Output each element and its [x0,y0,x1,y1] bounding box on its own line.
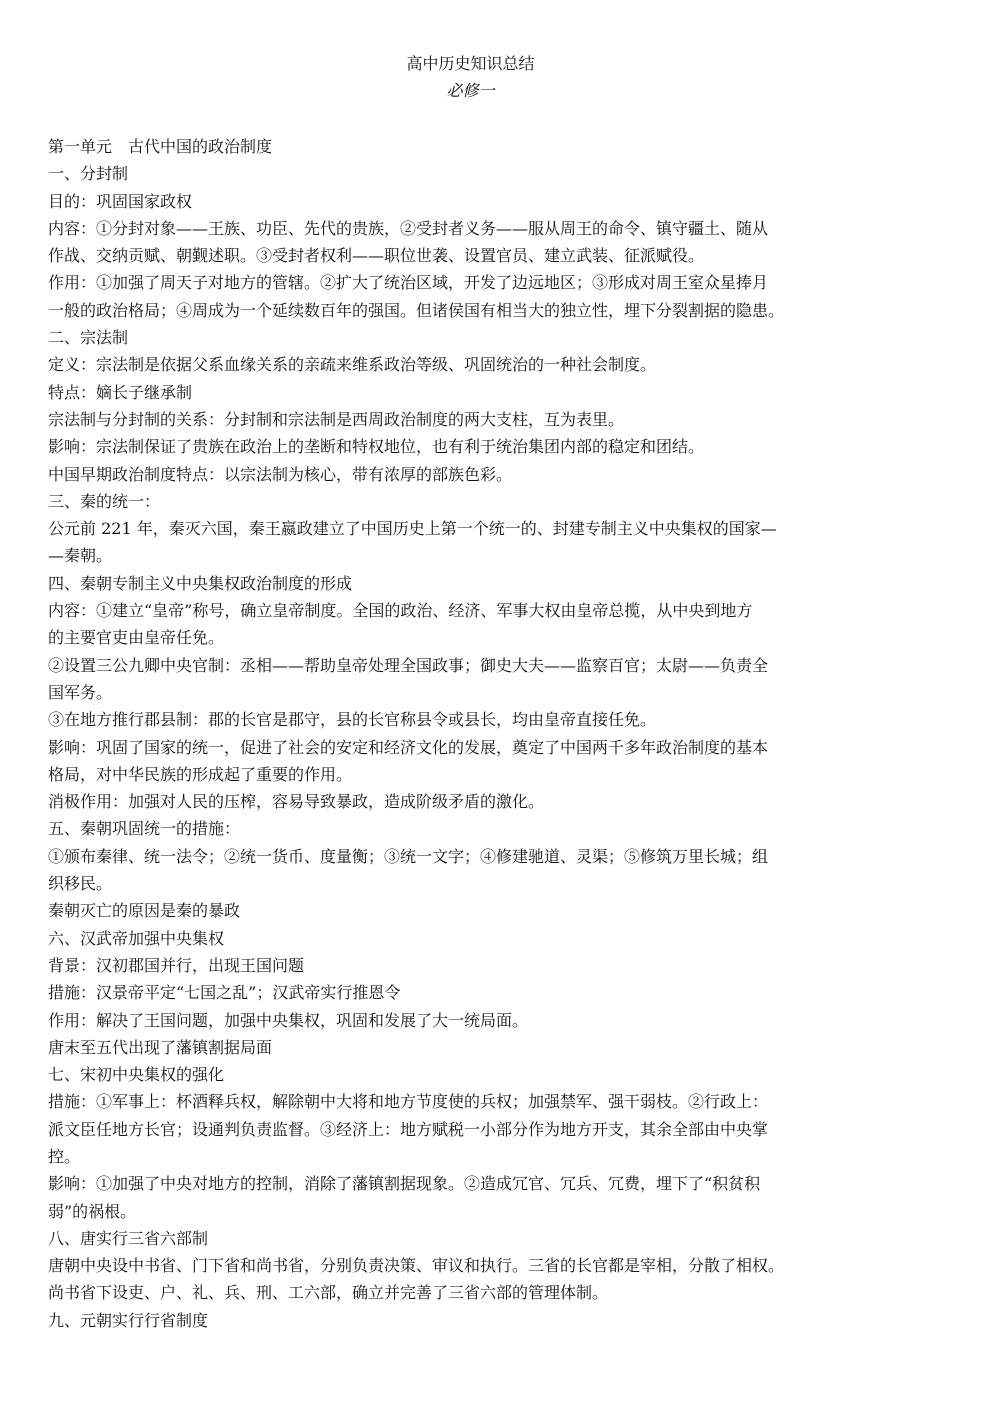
text-line: 秦朝灭亡的原因是秦的暴政 [48,897,848,924]
text-line: 三、秦的统一： [48,488,848,515]
text-line: 影响：宗法制保证了贵族在政治上的垄断和特权地位，也有利于统治集团内部的稳定和团结… [48,433,848,460]
text-line: 尚书省下设吏、户、礼、兵、刑、工六部，确立并完善了三省六部的管理体制。 [48,1279,848,1306]
text-line: —秦朝。 [48,542,848,569]
text-line: 九、元朝实行行省制度 [48,1307,848,1334]
text-line: 中国早期政治制度特点：以宗法制为核心，带有浓厚的部族色彩。 [48,461,848,488]
document-title: 高中历史知识总结 [93,50,848,77]
text-line: 唐末至五代出现了藩镇割据局面 [48,1034,848,1061]
text-line: 派文臣任地方长官；设通判负责监督。③经济上：地方赋税一小部分作为地方开支，其余全… [48,1116,848,1143]
text-line: 弱”的祸根。 [48,1198,848,1225]
document-body: 第一单元 古代中国的政治制度一、分封制目的：巩固国家政权内容：①分封对象——王族… [48,133,848,1334]
text-line: 织移民。 [48,870,848,897]
text-line: 国军务。 [48,679,848,706]
text-line: 作用：①加强了周天子对地方的管辖。②扩大了统治区域，开发了边远地区；③形成对周王… [48,269,848,296]
text-line: 措施：汉景帝平定“七国之乱”；汉武帝实行推恩令 [48,979,848,1006]
text-line: 目的：巩固国家政权 [48,188,848,215]
text-line: 四、秦朝专制主义中央集权政治制度的形成 [48,570,848,597]
text-line: 措施：①军事上：杯酒释兵权，解除朝中大将和地方节度使的兵权；加强禁军、强干弱枝。… [48,1088,848,1115]
text-line: 内容：①分封对象——王族、功臣、先代的贵族，②受封者义务——服从周王的命令、镇守… [48,215,848,242]
text-line: 定义：宗法制是依据父系血缘关系的亲疏来维系政治等级、巩固统治的一种社会制度。 [48,351,848,378]
text-line: 背景：汉初郡国并行，出现王国问题 [48,952,848,979]
document-subtitle: 必修一 [93,77,848,104]
text-line: 宗法制与分封制的关系：分封制和宗法制是西周政治制度的两大支柱，互为表里。 [48,406,848,433]
text-line: 一、分封制 [48,160,848,187]
text-line: 七、宋初中央集权的强化 [48,1061,848,1088]
text-line: 二、宗法制 [48,324,848,351]
text-line: 影响：巩固了国家的统一，促进了社会的安定和经济文化的发展，奠定了中国两千多年政治… [48,734,848,761]
text-line: 作用：解决了王国问题，加强中央集权，巩固和发展了大一统局面。 [48,1007,848,1034]
text-line: 五、秦朝巩固统一的措施： [48,815,848,842]
text-line: 消极作用：加强对人民的压榨，容易导致暴政，造成阶级矛盾的激化。 [48,788,848,815]
text-line: 公元前 221 年，秦灭六国，秦王嬴政建立了中国历史上第一个统一的、封建专制主义… [48,515,848,542]
text-line: 一般的政治格局；④周成为一个延续数百年的强国。但诸侯国有相当大的独立性，埋下分裂… [48,297,848,324]
text-line: 控。 [48,1143,848,1170]
text-line: 影响：①加强了中央对地方的控制，消除了藩镇割据现象。②造成冗官、冗兵、冗费，埋下… [48,1170,848,1197]
text-line: ①颁布秦律、统一法令；②统一货币、度量衡；③统一文字；④修建驰道、灵渠；⑤修筑万… [48,843,848,870]
text-line: 六、汉武帝加强中央集权 [48,925,848,952]
text-line: 格局，对中华民族的形成起了重要的作用。 [48,761,848,788]
text-line: 作战、交纳贡赋、朝觐述职。③受封者权利——职位世袭、设置官员、建立武装、征派赋役… [48,242,848,269]
text-line: 的主要官吏由皇帝任免。 [48,624,848,651]
text-line: 特点：嫡长子继承制 [48,379,848,406]
text-line: ②设置三公九卿中央官制：丞相——帮助皇帝处理全国政事；御史大夫——监察百官；太尉… [48,652,848,679]
spacer [48,104,848,133]
text-line: ③在地方推行郡县制：郡的长官是郡守，县的长官称县令或县长，均由皇帝直接任免。 [48,706,848,733]
text-line: 唐朝中央设中书省、门下省和尚书省，分别负责决策、审议和执行。三省的长官都是宰相，… [48,1252,848,1279]
text-line: 内容：①建立“皇帝”称号，确立皇帝制度。全国的政治、经济、军事大权由皇帝总揽，从… [48,597,848,624]
document-page: 高中历史知识总结 必修一 第一单元 古代中国的政治制度一、分封制目的：巩固国家政… [48,50,848,1334]
text-line: 第一单元 古代中国的政治制度 [48,133,848,160]
text-line: 八、唐实行三省六部制 [48,1225,848,1252]
